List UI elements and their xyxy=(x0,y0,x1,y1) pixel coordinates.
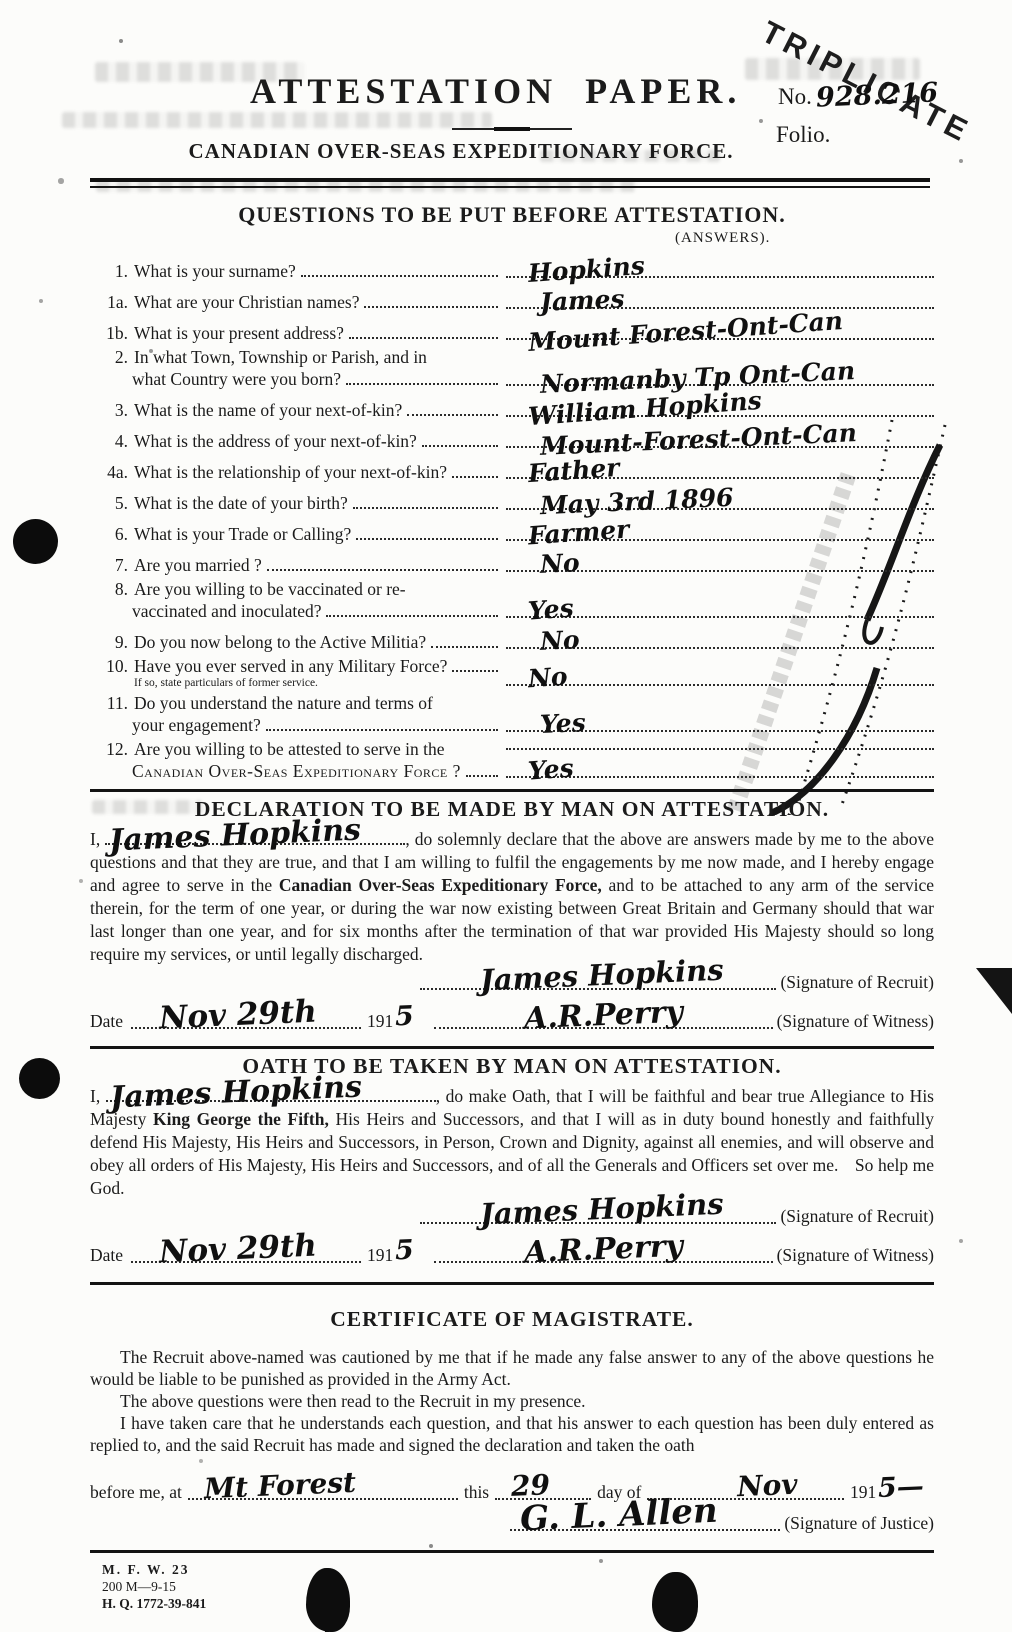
question-row: 7.Are you married ? No xyxy=(90,547,934,576)
question-row: 4a.What is the relationship of your next… xyxy=(90,454,934,483)
question-number: 7. xyxy=(90,554,134,576)
date-handwritten: Nov 29th xyxy=(158,1228,317,1271)
justice-signature-row: G. L. Allen (Signature of Justice) xyxy=(510,1513,934,1534)
question-text: What is your surname? xyxy=(134,260,296,282)
witness-signature-line: A.R.Perry xyxy=(434,1011,772,1029)
recruit-signature-row: James Hopkins (Signature of Recruit) xyxy=(420,1206,934,1227)
year-printed: 191 xyxy=(850,1482,876,1503)
question-number: 11. xyxy=(90,692,134,714)
declaration-text: I, James Hopkins, do solemnly declare th… xyxy=(90,828,934,966)
force-subtitle: CANADIAN OVER-SEAS EXPEDITIONARY FORCE. xyxy=(0,139,922,164)
date-label: Date xyxy=(90,1011,123,1032)
question-number: 4. xyxy=(90,430,134,452)
answer-handwritten: Farmer xyxy=(527,516,630,548)
dotted-leader xyxy=(266,729,498,731)
question-number: 8. xyxy=(90,578,134,600)
oath-text: I, James Hopkins, do make Oath, that I w… xyxy=(90,1085,934,1200)
witness-signature-line: A.R.Perry xyxy=(434,1245,772,1263)
recruit-name-handwritten: James Hopkins xyxy=(109,819,362,853)
witness-signature-label: (Signature of Witness) xyxy=(777,1011,934,1032)
answer-line xyxy=(506,748,934,750)
answer-handwritten: Yes xyxy=(539,710,586,737)
question-text-line2: your engagement? xyxy=(132,714,261,736)
magistrate-para3: I have taken care that he understands ea… xyxy=(90,1412,934,1456)
dotted-leader xyxy=(349,337,498,339)
question-row: 2.In what Town, Township or Parish, and … xyxy=(90,346,934,390)
date-label: Date xyxy=(90,1245,123,1266)
page-content: QUESTIONS TO BE PUT BEFORE ATTESTATION. … xyxy=(0,178,1012,1612)
dotted-leader xyxy=(353,507,498,509)
form-number: No.928.216 xyxy=(778,80,938,111)
witness-signature-label: (Signature of Witness) xyxy=(777,1245,934,1266)
question-row: 9.Do you now belong to the Active Militi… xyxy=(90,624,934,653)
answer-handwritten: Hopkins xyxy=(527,253,645,286)
question-row: 12.Are you willing to be attested to ser… xyxy=(90,738,934,782)
place-line: Mt Forest xyxy=(188,1482,458,1500)
attestation-paper-scan: TRIPLICATE ATTESTATION PAPER. No.928.216… xyxy=(0,0,1012,1632)
question-number: 12. xyxy=(90,738,134,760)
question-text: Are you willing to be vaccinated or re- xyxy=(134,578,406,600)
dotted-leader xyxy=(346,383,498,385)
question-text: Do you understand the nature and terms o… xyxy=(134,692,433,714)
recruit-signature-row: James Hopkins (Signature of Recruit) xyxy=(420,972,934,993)
question-text: Have you ever served in any Military For… xyxy=(134,655,447,677)
dotted-leader xyxy=(422,445,498,447)
recruit-signature-label: (Signature of Recruit) xyxy=(780,972,934,993)
document-header: TRIPLICATE ATTESTATION PAPER. No.928.216… xyxy=(0,0,1012,178)
dotted-leader xyxy=(452,476,498,478)
question-text: What are your Christian names? xyxy=(134,291,359,313)
form-code: M. F. W. 23 xyxy=(102,1561,934,1578)
document-title: ATTESTATION PAPER. xyxy=(250,70,741,112)
section-divider xyxy=(90,1046,934,1049)
question-row: 1b.What is your present address? Mount F… xyxy=(90,315,934,344)
date-line: Nov 29th xyxy=(131,1245,361,1263)
witness-signature-handwritten: A.R.Perry xyxy=(523,995,683,1037)
dotted-leader xyxy=(364,306,498,308)
question-text-line2: what Country were you born? xyxy=(132,368,341,390)
question-number: 1a. xyxy=(90,291,134,313)
before-label: before me, at xyxy=(90,1482,182,1503)
question-number: 10. xyxy=(90,655,134,677)
dotted-leader xyxy=(407,414,498,416)
magistrate-para1: The Recruit above-named was cautioned by… xyxy=(90,1346,934,1390)
dotted-leader xyxy=(326,615,498,617)
questions-section-title: QUESTIONS TO BE PUT BEFORE ATTESTATION. xyxy=(90,202,934,228)
answer-handwritten: Father xyxy=(527,455,620,486)
declaration-date-row: Date Nov 29th 1915 A.R.Perry (Signature … xyxy=(90,1001,934,1032)
question-text: In what Town, Township or Parish, and in xyxy=(134,346,427,368)
date-line: Nov 29th xyxy=(131,1011,361,1029)
question-row: 10.Have you ever served in any Military … xyxy=(90,655,934,690)
this-label: this xyxy=(464,1482,489,1503)
question-number: 1. xyxy=(90,260,134,282)
question-text-line2: Canadian Over-Seas Expeditionary Force ? xyxy=(132,760,461,782)
question-text-line2: vaccinated and inoculated? xyxy=(132,600,321,622)
hq-code: H. Q. 1772-39-841 xyxy=(102,1595,934,1612)
question-row: 8.Are you willing to be vaccinated or re… xyxy=(90,578,934,622)
question-row: 6.What is your Trade or Calling? Farmer xyxy=(90,516,934,545)
signature-line: James Hopkins xyxy=(420,972,776,990)
answer-line xyxy=(506,684,934,686)
question-text: What is the name of your next-of-kin? xyxy=(134,399,402,421)
question-row: 1.What is your surname? Hopkins xyxy=(90,253,934,282)
question-text: What is your present address? xyxy=(134,322,344,344)
question-number: 4a. xyxy=(90,461,134,483)
question-text: Are you willing to be attested to serve … xyxy=(134,738,445,760)
question-row: 5.What is the date of your birth? May 3r… xyxy=(90,485,934,514)
question-text: Do you now belong to the Active Militia? xyxy=(134,631,426,653)
declaration-i: I, xyxy=(90,829,100,849)
answer-handwritten: May 3rd 1896 xyxy=(540,485,734,518)
magistrate-before-row: before me, at Mt Forest this 29 day of N… xyxy=(90,1472,934,1503)
dotted-leader xyxy=(356,538,498,540)
declaration-force-bold: Canadian Over-Seas Expeditionary Force, xyxy=(279,875,602,895)
magistrate-para2: The above questions were then read to th… xyxy=(90,1390,934,1412)
year-printed: 191 xyxy=(367,1011,393,1032)
question-number: 2. xyxy=(90,346,134,368)
question-text: What is the relationship of your next-of… xyxy=(134,461,447,483)
question-text: Are you married ? xyxy=(134,554,262,576)
justice-signature-line: G. L. Allen xyxy=(510,1513,780,1531)
answer-handwritten: No xyxy=(539,627,580,654)
form-footer: M. F. W. 23 200 M—9-15 H. Q. 1772-39-841 xyxy=(90,1553,934,1612)
dotted-leader xyxy=(267,569,498,571)
question-text: What is the address of your next-of-kin? xyxy=(134,430,417,452)
question-row: 4.What is the address of your next-of-ki… xyxy=(90,423,934,452)
form-number-handwritten: 928.216 xyxy=(815,77,938,113)
recruit-signature-label: (Signature of Recruit) xyxy=(780,1206,934,1227)
answer-handwritten: James xyxy=(539,286,624,315)
question-subtext: If so, state particulars of former servi… xyxy=(90,677,498,690)
date-handwritten: Nov 29th xyxy=(158,994,317,1037)
month-handwritten: Nov xyxy=(737,1468,799,1504)
question-number: 6. xyxy=(90,523,134,545)
dotted-leader xyxy=(452,670,498,672)
year-handwritten: 5 xyxy=(395,1001,415,1033)
question-number: 5. xyxy=(90,492,134,514)
section-divider xyxy=(90,1282,934,1285)
magistrate-section-title: CERTIFICATE OF MAGISTRATE. xyxy=(90,1307,934,1332)
oath-i: I, xyxy=(90,1086,100,1106)
question-text: What is your Trade or Calling? xyxy=(134,523,351,545)
year-printed: 191 xyxy=(367,1245,393,1266)
name-blank: James Hopkins xyxy=(105,829,405,845)
signature-line: James Hopkins xyxy=(420,1206,776,1224)
dotted-leader xyxy=(431,646,498,648)
answers-column-label: (ANSWERS). xyxy=(675,230,934,247)
answer-handwritten: No xyxy=(539,550,580,577)
recruit-name-handwritten: James Hopkins xyxy=(109,1076,362,1110)
dotted-leader xyxy=(301,275,498,277)
year-handwritten: 5— xyxy=(878,1471,925,1504)
question-row: 3.What is the name of your next-of-kin? … xyxy=(90,392,934,421)
name-blank: James Hopkins xyxy=(106,1086,436,1102)
question-row: 11.Do you understand the nature and term… xyxy=(90,692,934,736)
answer-handwritten: Yes xyxy=(527,755,574,783)
print-run-code: 200 M—9-15 xyxy=(102,1578,934,1595)
header-divider xyxy=(90,178,930,188)
justice-signature-label: (Signature of Justice) xyxy=(784,1513,934,1534)
question-number: 9. xyxy=(90,631,134,653)
dotted-leader xyxy=(466,775,498,777)
question-text: What is the date of your birth? xyxy=(134,492,348,514)
year-handwritten: 5 xyxy=(395,1235,415,1267)
question-number: 3. xyxy=(90,399,134,421)
decorative-rule xyxy=(452,128,572,130)
question-number: 1b. xyxy=(90,322,134,344)
place-handwritten: Mt Forest xyxy=(203,1466,356,1506)
section-divider xyxy=(90,789,934,792)
answer-handwritten: Yes xyxy=(527,595,574,623)
answer-handwritten: No xyxy=(527,664,568,692)
oath-date-row: Date Nov 29th 1915 A.R.Perry (Signature … xyxy=(90,1235,934,1266)
no-label: No. xyxy=(778,84,812,109)
witness-signature-handwritten: A.R.Perry xyxy=(523,1229,683,1271)
justice-signature-handwritten: G. L. Allen xyxy=(519,1491,718,1540)
